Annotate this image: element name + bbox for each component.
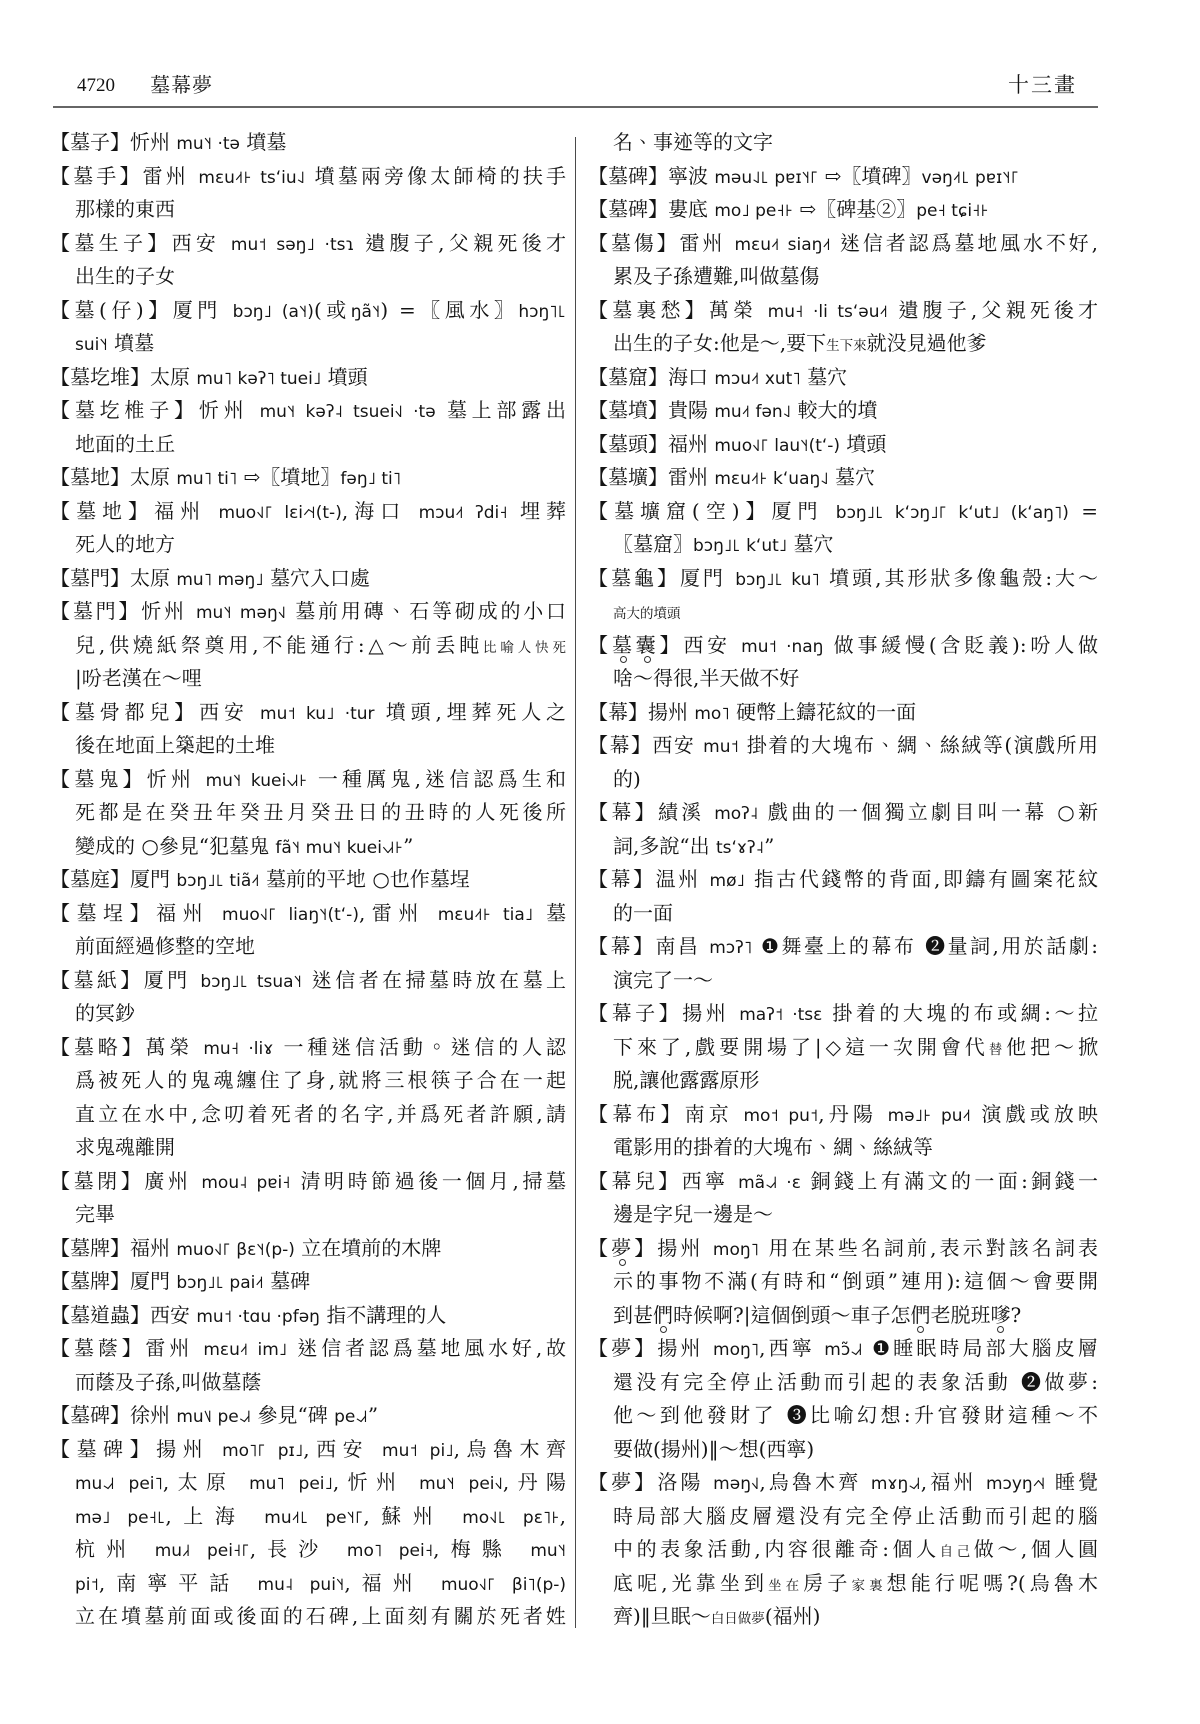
headword-open-bracket: 【: [50, 566, 70, 590]
text-run: 直立在水中,念叨着死者的名字,并爲死者許願,請: [75, 1102, 566, 1126]
text-run: 幕: [610, 934, 632, 958]
text-run: 硬幣上鑄花紋的一面: [730, 700, 916, 724]
text-run: 指不講理的人: [320, 1303, 446, 1327]
continuation-line: 下來了,戲要開場了|◇這一次開會代替他把～掀: [588, 1031, 1098, 1065]
text-run: ”: [368, 1403, 378, 1427]
text-run: 墳墓: [108, 331, 154, 355]
headword-text: 幕: [609, 733, 630, 757]
headword-text: 墓庭: [70, 867, 110, 891]
headword-text: 墓略: [74, 1035, 122, 1059]
headword: 【墓庭】: [50, 867, 130, 891]
phonetic-transcription: mɔʔ˥: [709, 938, 752, 958]
text-run: 時候啊?|這個倒頭～車子怎: [673, 1303, 910, 1327]
phonetic-transcription: mɛu˨˦ im˩: [203, 1340, 287, 1360]
entry-line: 【幕】温州 mø˩ 指古代錢幣的背面,即鑄有圖案花紋: [588, 863, 1098, 897]
text-run: 墓閉: [74, 1169, 121, 1193]
continuation-line: 的一面: [588, 897, 1098, 931]
entry-line: 【墓地】福州 muo˧˩꜒ lɛi˨˦˧(t-),海口 mɔu˨˦ ʔdi˧ 埋…: [50, 495, 566, 529]
phonetic-transcription: sui˥˧: [75, 335, 108, 355]
text-run: 演完了一～: [613, 968, 713, 992]
text-run: 墓穴: [787, 532, 833, 556]
phonetic-transcription: muo˧˩꜒ lau˥˧(tʻ-): [714, 436, 840, 456]
headword-text: 夢: [611, 1236, 634, 1260]
text-run: 墓門: [73, 599, 119, 623]
text-run: 績溪: [658, 800, 714, 824]
entry-line: 【幕】西安 mu˦ 掛着的大塊布、綢、絲絨等(演戲所用: [588, 729, 1098, 763]
headword: 【幕】: [588, 733, 652, 757]
text-run: 墳墓: [240, 130, 286, 154]
text-run: 雷州: [668, 465, 714, 489]
continuation-line: 〖墓窟〗bɔŋ˩꜖ kʻut˩ 墓穴: [588, 528, 1098, 562]
text-run: 墓碑: [608, 197, 648, 221]
phonetic-transcription: pe˧ tɕi˧꜔: [916, 201, 989, 221]
headword-close-bracket: 】: [120, 968, 143, 992]
headword-close-bracket: 】: [147, 231, 171, 255]
text-run: 揚州: [156, 1437, 222, 1461]
continuation-line: 邊是字兒一邊是～: [588, 1198, 1098, 1232]
phonetic-transcription: mu˥˧ məŋ˧˩: [196, 603, 286, 623]
headword: 【幕布】: [588, 1102, 685, 1126]
headword-open-bracket: 【: [50, 1303, 70, 1327]
text-run: ,太原: [163, 1470, 249, 1494]
text-run: 墳頭: [840, 432, 886, 456]
headword-open-bracket: 【: [588, 1001, 612, 1025]
continuation-line: 而蔭及子孫,叫做墓蔭: [50, 1366, 566, 1400]
headword: 【夢】: [588, 1336, 657, 1360]
phonetic-transcription: mu˧ ·li tsʻəu˨˦: [768, 302, 888, 322]
continuation-line: 的): [588, 763, 1098, 797]
headword-open-bracket: 【: [50, 968, 73, 992]
entry-line: 【幕子】揚州 maʔ˦ ·tsɛ 掛着的大塊的布或綢:～拉: [588, 997, 1098, 1031]
headword-close-bracket: 】: [628, 700, 648, 724]
text-run: 墓圪椎子: [75, 398, 174, 422]
continuation-line: 還没有完全停止活動而引起的表象活動 ❷做夢:: [588, 1366, 1098, 1400]
headword-open-bracket: 【: [50, 867, 70, 891]
phonetic-transcription: mu˧ ·liɤ: [203, 1039, 273, 1059]
text-run: 揚州: [682, 1001, 739, 1025]
headword-close-bracket: 】: [648, 398, 668, 422]
text-run: 變成的 ○參見“犯墓鬼: [75, 834, 275, 858]
headword: 【夢】: [588, 1236, 657, 1260]
entry-line: 【墓埕】福州 muo˧˩꜒ liaŋ˥˧(tʻ-),雷州 mɛu˨˦꜔ tia˩…: [50, 897, 566, 931]
phonetic-transcription: muo˧˩꜒ liaŋ˥˧(tʻ-): [222, 905, 359, 925]
text-run: ,烏魯木齊: [454, 1437, 566, 1461]
headword-text: 墓骨都兒: [75, 700, 174, 724]
text-run: 夢: [611, 1470, 634, 1494]
headword: 【墓壙】: [588, 465, 668, 489]
text-run: 墓子: [70, 130, 110, 154]
text-run: 幕布: [612, 1102, 660, 1126]
headword-close-bracket: 】: [122, 1035, 146, 1059]
text-run: 墓墳: [608, 398, 648, 422]
headword-text: 幕兒: [611, 1169, 658, 1193]
entry-line: 【墓壙窟(空)】厦門 bɔŋ˩꜖ kʻɔŋ˩꜒ kʻut˩ (kʻaŋ˥) =: [588, 495, 1098, 529]
headword: 【幕】: [588, 800, 658, 824]
text-run: 西安: [652, 733, 703, 757]
phonetic-transcription: ŋã˥˧: [351, 302, 381, 322]
headword-open-bracket: 【: [588, 398, 608, 422]
text-run: 電影用的掛着的大塊布、綢、絲絨等: [613, 1135, 933, 1159]
phonetic-transcription: maʔ˦ ·tsɛ: [739, 1005, 822, 1025]
headword-open-bracket: 【: [50, 1437, 77, 1461]
headword: 【墓鬼】: [50, 767, 147, 791]
phonetic-transcription: bɔŋ˩꜖ kʻut˩: [693, 536, 787, 556]
text-run: 幕子: [612, 1001, 659, 1025]
text-run: 厦門: [680, 566, 735, 590]
small-gloss: 比喻人快死: [483, 640, 566, 656]
headword-open-bracket: 【: [588, 566, 611, 590]
headword-close-bracket: 】: [110, 1269, 130, 1293]
text-run: 出生的子女:他是～,要下: [613, 331, 826, 355]
text-run: 墓頭: [608, 432, 648, 456]
phonetic-transcription: bɔŋ˩꜖ tiã˨˦: [176, 871, 259, 891]
phonetic-transcription: mu˥˧ kuei˧˩˧꜔: [206, 771, 308, 791]
headword: 【墓(仔)】: [50, 298, 173, 322]
continuation-line: 後在地面上築起的土堆: [50, 729, 566, 763]
text-run: 的): [613, 767, 641, 791]
text-run: 厦門: [771, 499, 835, 523]
phonetic-transcription: mou˨ pɐi˧: [201, 1173, 290, 1193]
text-run: 墓地: [70, 465, 110, 489]
entry-line: 【墓囊】西安 mu˦ ·naŋ 做事緩慢(含貶義):吩人做: [588, 629, 1098, 663]
headword: 【墓紙】: [50, 968, 144, 992]
phonetic-transcription: moʔ˨: [714, 804, 758, 824]
text-run: 墓碑: [70, 1403, 110, 1427]
phonetic-transcription: bɔŋ˩꜖ kʻɔŋ˩꜒ kʻut˩ (kʻaŋ˥): [836, 503, 1069, 523]
text-run: 福州: [130, 1236, 176, 1260]
headword-open-bracket: 【: [50, 164, 73, 188]
marked-character: 們: [910, 1303, 930, 1327]
text-run: 墓壙窟(空): [614, 499, 740, 523]
text-run: 太原: [150, 365, 196, 389]
text-run: ,烏魯木齊: [759, 1470, 870, 1494]
text-run: 邊是字兒一邊是～: [613, 1202, 773, 1226]
phonetic-transcription: mu˨ pui˥˧: [258, 1575, 345, 1595]
text-run: (福州): [765, 1604, 821, 1628]
headword-open-bracket: 【: [50, 599, 73, 623]
phonetic-transcription: mu˨˦꜖ pe˥˧꜒: [264, 1508, 363, 1528]
marked-character: 墓: [612, 633, 636, 657]
entry-line: 【墓骨都兒】西安 mu˦ ku˩ ·tur 墳頭,埋葬死人之: [50, 696, 566, 730]
phonetic-transcription: mo˥꜒ pɪ˩: [222, 1441, 303, 1461]
headword-text: 墓手: [73, 164, 119, 188]
text-run: 雷州: [680, 231, 735, 255]
text-run: 寧波: [668, 164, 714, 188]
headword-text: 墓子: [70, 130, 110, 154]
headword-text: 墓傷: [611, 231, 657, 255]
text-run: ⇨〖墳碑〗: [818, 164, 921, 188]
headword-open-bracket: 【: [588, 1169, 611, 1193]
text-run: 雷州: [143, 164, 199, 188]
text-run: 銅錢上有滿文的一面:銅錢一: [801, 1169, 1098, 1193]
text-run: ,丹陽: [503, 1470, 566, 1494]
continuation-line: 詞,多說“出 tsʻɤʔ˨”: [588, 830, 1098, 864]
continuation-line: sui˥˧ 墳墓: [50, 327, 566, 361]
headword-close-bracket: 】: [659, 1001, 683, 1025]
text-run: ,長沙: [250, 1537, 347, 1561]
text-run: 墓碑: [608, 164, 648, 188]
headword-open-bracket: 【: [50, 901, 77, 925]
headword-open-bracket: 【: [588, 633, 612, 657]
column-right: 名、事迹等的文字【墓碑】寧波 məu˨˩꜖ pɐɪ˥˧꜒ ⇨〖墳碑〗vəŋ˨˦꜖…: [588, 126, 1098, 1634]
headword: 【墓傷】: [588, 231, 680, 255]
text-run: 徐州: [130, 1403, 176, 1427]
headword: 【墓手】: [50, 164, 143, 188]
headword-open-bracket: 【: [50, 1269, 70, 1293]
text-run: 名、事迹等的文字: [613, 130, 773, 154]
entry-line: 【墓庭】厦門 bɔŋ˩꜖ tiã˨˦ 墓前的平地 ○也作墓埕: [50, 863, 566, 897]
text-run: 墓手: [73, 164, 119, 188]
text-run: 齊)‖旦眠～: [613, 1604, 711, 1628]
continuation-line: 電影用的掛着的大塊布、綢、絲絨等: [588, 1131, 1098, 1165]
headword-close-bracket: 】: [648, 164, 668, 188]
text-run: ,: [560, 1504, 566, 1528]
phonetic-transcription: hɔŋ˥꜖: [518, 302, 566, 322]
text-run: 的冥鈔: [75, 1001, 135, 1025]
text-run: 西安: [683, 633, 741, 657]
phonetic-transcription: mɔu˨˦ ʔdi˧: [419, 503, 508, 523]
headword-text: 墓(仔): [75, 298, 144, 322]
phonetic-transcription: mɛu˨˦꜔ kʻuaŋ˨˩: [714, 469, 828, 489]
continuation-line: 他～到他發財了 ❸比喻幻想:升官發財這種～不: [588, 1399, 1098, 1433]
small-gloss: 白日做夢: [711, 1611, 765, 1627]
headword: 【墓碑】: [50, 1437, 156, 1461]
headword-open-bracket: 【: [50, 1336, 74, 1360]
headword-text: 墓壙: [608, 465, 648, 489]
headword-open-bracket: 【: [588, 197, 608, 221]
text-run: 墓龜: [611, 566, 657, 590]
continuation-line: 齊)‖旦眠～白日做夢(福州): [588, 1600, 1098, 1634]
phonetic-transcription: mu˦ ·naŋ: [741, 637, 823, 657]
text-run: 啥～得很,半天做不好: [613, 666, 799, 690]
phonetic-transcription: mu˥ kəʔ˥ tuei˩: [196, 369, 321, 389]
marked-character: 們: [653, 1303, 673, 1327]
headword-text: 墓頭: [608, 432, 648, 456]
phonetic-transcription: mɛu˨˦ siaŋ˨˦: [734, 235, 830, 255]
headword-text: 墓圪堆: [70, 365, 130, 389]
text-run: 一種迷信活動。迷信的人認: [273, 1035, 566, 1059]
text-run: 時局部大腦皮層還没有完全停止活動而引起的腦: [613, 1504, 1098, 1528]
headword-text: 墓蔭: [74, 1336, 122, 1360]
text-run: 到甚: [613, 1303, 653, 1327]
phonetic-transcription: fã˥˧ mu˥˧ kuei˧˩˧꜔: [275, 838, 403, 858]
text-run: ,梅縣: [433, 1537, 530, 1561]
headword-open-bracket: 【: [50, 767, 74, 791]
entry-line: 【墓圪椎子】忻州 mu˥˧ kəʔ˨ tsuei˧˩ ·tə 墓上部露出: [50, 394, 566, 428]
marked-character: 夢: [611, 1236, 634, 1260]
headword-open-bracket: 【: [50, 365, 70, 389]
text-run: 墓: [533, 901, 566, 925]
headword: 【墓頭】: [588, 432, 668, 456]
headword: 【墓門】: [50, 599, 141, 623]
text-run: 福州: [156, 901, 222, 925]
headword-text: 墓墳: [608, 398, 648, 422]
text-run: 迷信者認爲墓地風水好,故: [287, 1336, 566, 1360]
continuation-line: 變成的 ○參見“犯墓鬼 fã˥˧ mu˥˧ kuei˧˩˧꜔”: [50, 830, 566, 864]
phonetic-transcription: muo˧˩꜒ βi˥(p-): [441, 1575, 566, 1595]
text-run: 墓前用磚、石等砌成的小口: [286, 599, 566, 623]
entry-line: 【墓鬼】忻州 mu˥˧ kuei˧˩˧꜔ 一種厲鬼,迷信認爲生和: [50, 763, 566, 797]
headword-close-bracket: 】: [648, 197, 668, 221]
headword-open-bracket: 【: [50, 398, 75, 422]
marked-character: 囊: [636, 633, 660, 657]
text-run: 洛陽: [657, 1470, 713, 1494]
continuation-line: 脱,讓他露露原形: [588, 1064, 1098, 1098]
text-run: 墳頭: [321, 365, 367, 389]
text-run: 墓蔭: [74, 1336, 122, 1360]
headword-text: 幕: [611, 800, 634, 824]
headword-close-bracket: 】: [110, 566, 130, 590]
headword: 【墓壙窟(空)】: [588, 499, 771, 523]
entry-line: 【墓生子】西安 mu˦ səŋ˩ ·tsɿ 遺腹子,父親死後才: [50, 227, 566, 261]
headword-open-bracket: 【: [588, 231, 611, 255]
entry-line: 【墓圪堆】太原 mu˥ kəʔ˥ tuei˩ 墳頭: [50, 361, 566, 395]
continuation-line: 死都是在癸丑年癸丑月癸丑日的丑時的人死後所: [50, 796, 566, 830]
text-run: 一種厲鬼,迷信認爲生和: [307, 767, 566, 791]
entry-line: 【墓蔭】雷州 mɛu˨˦ im˩ 迷信者認爲墓地風水好,故: [50, 1332, 566, 1366]
entry-line: 【墓窟】海口 mɔu˨˦ xut˥ 墓穴: [588, 361, 1098, 395]
text-run: 忻州: [141, 599, 196, 623]
headword-text: 墓道蟲: [70, 1303, 130, 1327]
text-run: 墓圪堆: [70, 365, 130, 389]
text-run: 遺腹子,父親死後才: [888, 298, 1098, 322]
stroke-count-section: 十三畫: [1008, 72, 1077, 98]
text-run: 掛着的大塊的布或綢:～拉: [822, 1001, 1098, 1025]
phonetic-transcription: mə˩ pe˧꜖: [75, 1508, 165, 1528]
headword-text: 墓地: [76, 499, 128, 523]
text-run: 較大的墳: [791, 398, 877, 422]
entry-line: 【墓頭】福州 muo˧˩꜒ lau˥˧(tʻ-) 墳頭: [588, 428, 1098, 462]
headword-close-bracket: 】: [634, 1336, 657, 1360]
text-run: 揚州: [657, 1336, 713, 1360]
headword-close-bracket: 】: [130, 1303, 150, 1327]
text-run: 墓庭: [70, 867, 110, 891]
entry-line: 【幕】南昌 mɔʔ˥ ❶舞臺上的幕布 ❷量詞,用於話劇:: [588, 930, 1098, 964]
phonetic-transcription: mɔyŋ˨˦˨: [986, 1474, 1045, 1494]
text-run: 想能行呢嗎?(烏魯木: [887, 1571, 1098, 1595]
small-gloss: 坐在: [768, 1578, 803, 1594]
phonetic-transcription: mu˦ ·tɑu ·pfəŋ: [196, 1307, 320, 1327]
text-run: 那樣的東西: [75, 197, 175, 221]
headword-text: 墓壙窟(空): [614, 499, 740, 523]
text-run: 夢: [611, 1336, 634, 1360]
text-run: 墳墓兩旁像太師椅的扶手: [305, 164, 566, 188]
text-run: 墓略: [74, 1035, 122, 1059]
headword: 【幕】: [588, 700, 648, 724]
text-run: 立在墳墓前面或後面的石碑,上面刻有關於死者姓: [75, 1604, 566, 1628]
continuation-line: 啥～得很,半天做不好: [588, 662, 1098, 696]
entry-line: 【墓碑】徐州 mu˥˩ pe˨˩˧ 參見“碑 pe˨˩˧”: [50, 1399, 566, 1433]
headword-text: 幕: [611, 867, 634, 891]
phonetic-transcription: vəŋ˨˦꜖ pɐɪ˥˧꜒: [922, 168, 1020, 188]
continuation-line: 出生的子女: [50, 260, 566, 294]
text-run: ❶睡眠時局部大腦皮層: [863, 1336, 1098, 1360]
text-run: 墓鬼: [74, 767, 122, 791]
headword: 【幕兒】: [588, 1169, 682, 1193]
phonetic-transcription: bɔŋ˩ (a˥˧): [233, 302, 314, 322]
headword-close-bracket: 】: [121, 1169, 145, 1193]
text-run: 福州: [154, 499, 218, 523]
headword-open-bracket: 【: [588, 164, 608, 188]
text-run: 太原: [130, 566, 176, 590]
continuation-line: |吩老漢在～哩: [50, 662, 566, 696]
headword-close-bracket: 】: [633, 934, 655, 958]
text-run: ,海口: [342, 499, 419, 523]
text-run: 示的事物不滿(有時和“倒頭”連用):這個～會要開: [613, 1269, 1098, 1293]
headword-close-bracket: 】: [122, 1336, 146, 1360]
phonetic-transcription: mo˥ pei˧: [347, 1541, 433, 1561]
text-run: 〖墓窟〗: [613, 532, 693, 556]
continuation-line: 爲被死人的鬼魂纏住了身,就將三根筷子合在一起: [50, 1064, 566, 1098]
headword-close-bracket: 】: [110, 130, 130, 154]
headword-close-bracket: 】: [130, 901, 157, 925]
continuation-line: 完畢: [50, 1198, 566, 1232]
headword-text: 墓碑: [77, 1437, 130, 1461]
text-run: 墓(仔): [75, 298, 144, 322]
text-run: ,忻州: [333, 1470, 419, 1494]
headword-close-bracket: 】: [174, 700, 199, 724]
headword-close-bracket: 】: [635, 800, 658, 824]
continuation-line: 立在墳墓前面或後面的石碑,上面刻有關於死者姓: [50, 1600, 566, 1634]
phonetic-transcription: mo˩ pe˧꜔: [714, 201, 793, 221]
text-run: 墓碑: [264, 1269, 310, 1293]
headword-open-bracket: 【: [588, 1470, 611, 1494]
entry-line: 【幕兒】西寧 mã˨˩˧ ·ɛ 銅錢上有滿文的一面:銅錢一: [588, 1165, 1098, 1199]
text-run: 幕: [611, 800, 634, 824]
text-run: 完畢: [75, 1202, 115, 1226]
text-run: 西安: [150, 1303, 196, 1327]
small-gloss: 替: [989, 1042, 1006, 1058]
phonetic-transcription: mɔu˨˦ xut˥: [714, 369, 800, 389]
text-run: 迷信者認爲墓地風水不好,: [831, 231, 1098, 255]
small-gloss: 高大的墳頭: [613, 606, 681, 622]
text-run: ,西安: [303, 1437, 382, 1461]
phonetic-transcription: mɛu˨˦꜔ tia˩: [438, 905, 533, 925]
phonetic-transcription: mu˥˧ kəʔ˨ tsuei˧˩ ·tə: [260, 402, 436, 422]
text-run: 墓裏愁: [612, 298, 684, 322]
headword-close-bracket: 】: [740, 499, 772, 523]
phonetic-transcription: mã˨˩˧ ·ɛ: [738, 1173, 801, 1193]
text-run: 西安: [199, 700, 260, 724]
headword-text: 墓裏愁: [612, 298, 684, 322]
headword-open-bracket: 【: [588, 298, 612, 322]
text-run: 貴陽: [668, 398, 714, 422]
text-run: 死都是在癸丑年癸丑月癸丑日的丑時的人死後所: [75, 800, 566, 824]
headword-open-bracket: 【: [588, 1102, 612, 1126]
continuation-line: 時局部大腦皮層還没有完全停止活動而引起的腦: [588, 1500, 1098, 1534]
entry-line: 【墓地】太原 mu˥ ti˥ ⇨〖墳地〗fəŋ˩ ti˥: [50, 461, 566, 495]
entry-line: 【墓牌】厦門 bɔŋ˩꜖ pai˨˦ 墓碑: [50, 1265, 566, 1299]
headword: 【墓圪堆】: [50, 365, 150, 389]
text-run: 墓生子: [74, 231, 147, 255]
headword-open-bracket: 【: [50, 130, 70, 154]
entry-line: 【墓壙】雷州 mɛu˨˦꜔ kʻuaŋ˨˩ 墓穴: [588, 461, 1098, 495]
phonetic-transcription: mu˦ ku˩ ·tur: [260, 704, 375, 724]
phonetic-transcription: mu˩˧ pei˧꜒: [155, 1541, 250, 1561]
headword-text: 墓門: [70, 566, 110, 590]
text-run: 忻州: [147, 767, 206, 791]
text-run: 前面經過修整的空地: [75, 934, 255, 958]
headword: 【墓窟】: [588, 365, 668, 389]
phonetic-transcription: bɔŋ˩꜖ ku˥: [735, 570, 820, 590]
headword-open-bracket: 【: [50, 231, 74, 255]
text-run: 遺腹子,父親死後才: [355, 231, 567, 255]
headword: 【墓碑】: [50, 1403, 130, 1427]
text-run: 墓骨都兒: [75, 700, 174, 724]
text-run: 墓穴入口處: [264, 566, 370, 590]
text-run: 幕: [609, 733, 630, 757]
headword-close-bracket: 】: [130, 1437, 157, 1461]
